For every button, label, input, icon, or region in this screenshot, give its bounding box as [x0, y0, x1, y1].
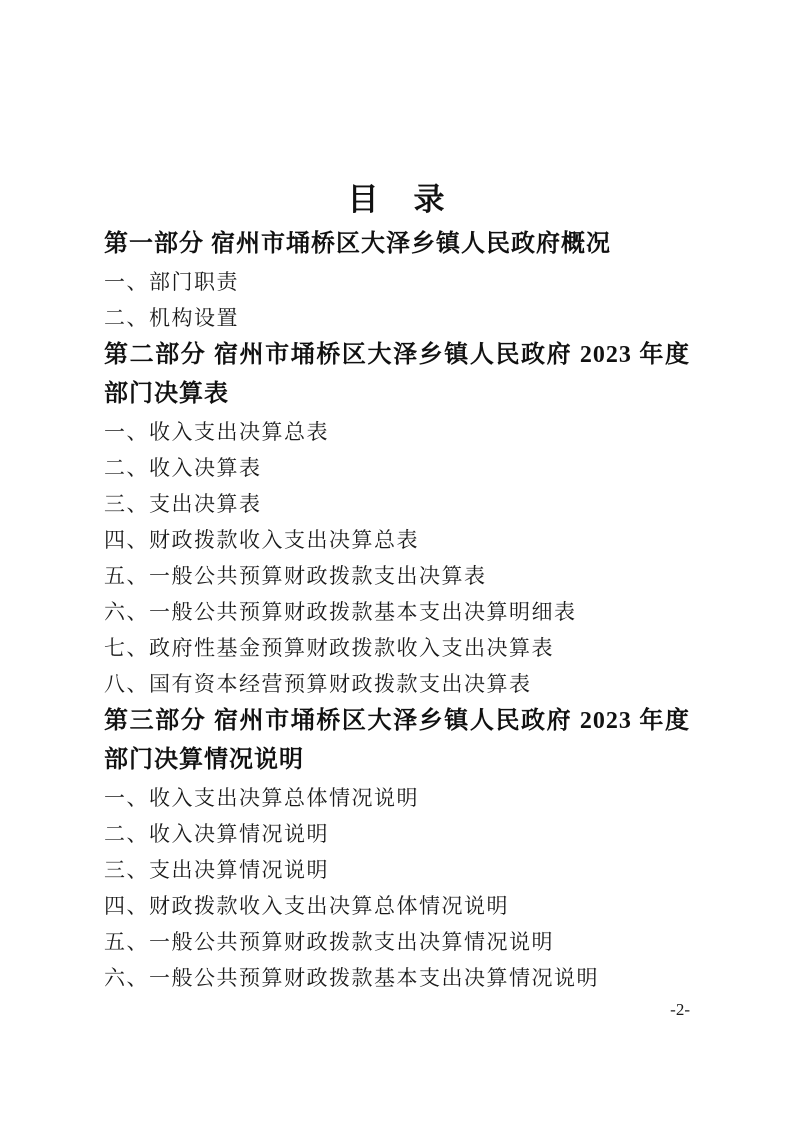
toc-item: 五、一般公共预算财政拨款支出决算表	[104, 558, 690, 594]
page-title: 目 录	[104, 180, 690, 220]
toc-item: 一、收入支出决算总表	[104, 414, 690, 450]
page-footer: -2-	[104, 1000, 690, 1020]
toc-item: 六、一般公共预算财政拨款基本支出决算明细表	[104, 594, 690, 630]
toc-content: 目 录 第一部分 宿州市埇桥区大泽乡镇人民政府概况 一、部门职责 二、机构设置 …	[0, 0, 793, 1020]
toc-item: 五、一般公共预算财政拨款支出决算情况说明	[104, 924, 690, 960]
section-3-heading: 第三部分 宿州市埇桥区大泽乡镇人民政府 2023 年度部门决算情况说明	[104, 702, 690, 780]
toc-item: 四、财政拨款收入支出决算总体情况说明	[104, 888, 690, 924]
toc-item: 二、收入决算情况说明	[104, 816, 690, 852]
section-1-heading: 第一部分 宿州市埇桥区大泽乡镇人民政府概况	[104, 225, 690, 264]
toc-item: 七、政府性基金预算财政拨款收入支出决算表	[104, 630, 690, 666]
page-number: -2-	[670, 1000, 690, 1019]
toc-item: 四、财政拨款收入支出决算总表	[104, 522, 690, 558]
toc-item: 八、国有资本经营预算财政拨款支出决算表	[104, 666, 690, 702]
toc-item: 二、机构设置	[104, 300, 690, 336]
toc-item: 三、支出决算情况说明	[104, 852, 690, 888]
toc-item: 一、部门职责	[104, 264, 690, 300]
toc-item: 一、收入支出决算总体情况说明	[104, 780, 690, 816]
toc-item: 六、一般公共预算财政拨款基本支出决算情况说明	[104, 960, 690, 996]
toc-item: 二、收入决算表	[104, 450, 690, 486]
section-2-heading: 第二部分 宿州市埇桥区大泽乡镇人民政府 2023 年度部门决算表	[104, 336, 690, 414]
document-page: 目 录 第一部分 宿州市埇桥区大泽乡镇人民政府概况 一、部门职责 二、机构设置 …	[0, 0, 793, 1122]
toc-item: 三、支出决算表	[104, 486, 690, 522]
